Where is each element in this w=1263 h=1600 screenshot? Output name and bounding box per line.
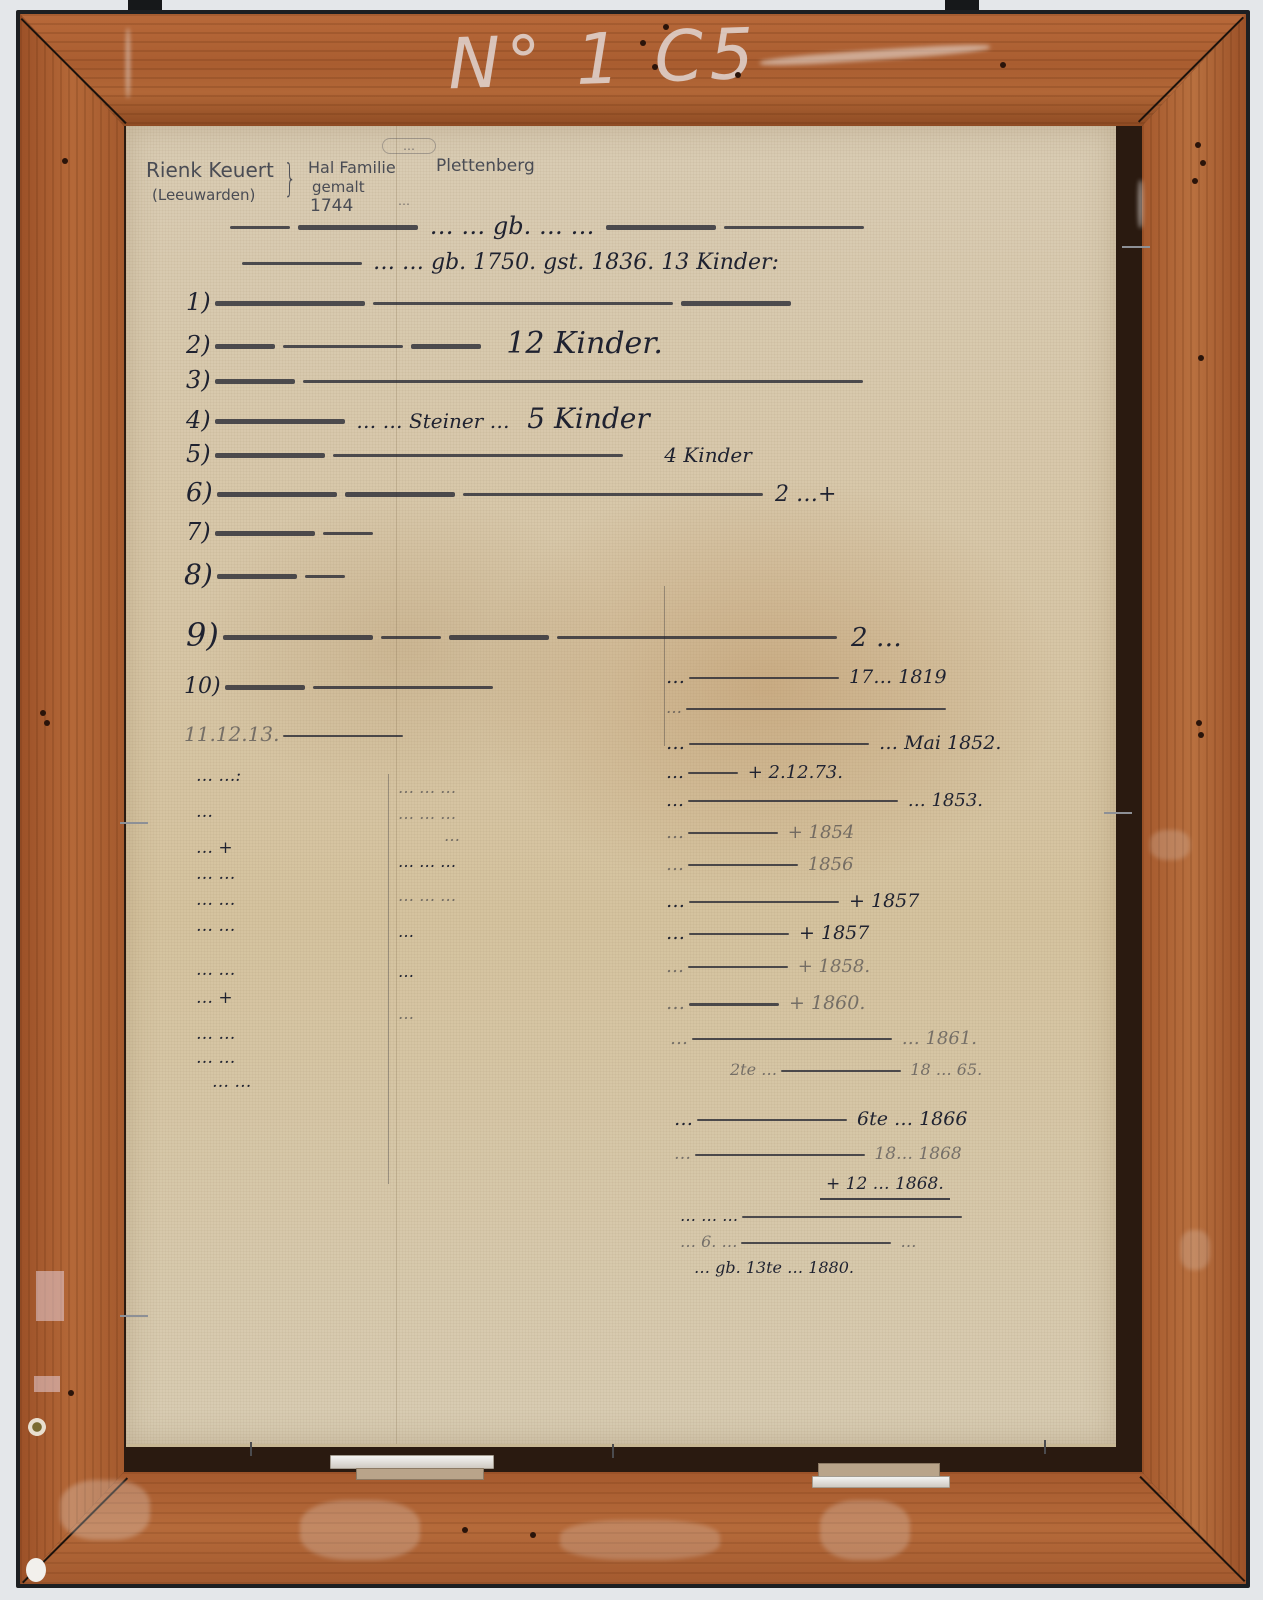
pencil-place: (Leeuwarden): [152, 186, 255, 204]
paint-smear: [1180, 1230, 1210, 1270]
chalk-smear: [1138, 180, 1143, 228]
list-item: … …: [196, 1024, 235, 1044]
canvas-tack: [612, 1444, 614, 1458]
child-entry-1: 1): [186, 288, 795, 316]
pencil-family-label: Hal Familie: [308, 158, 396, 177]
child-entry-3: 3): [186, 366, 867, 394]
date-entry: + 12 … 1868.: [826, 1174, 944, 1194]
list-item: …: [444, 826, 460, 845]
hanging-eyelet: [28, 1418, 46, 1436]
worm-hole: [1198, 355, 1204, 361]
date-entry: … … …: [680, 1206, 966, 1225]
list-item: …: [196, 802, 213, 822]
list-item: … …: [196, 960, 235, 980]
child-entry-11-13: 11.12.13.: [184, 722, 407, 746]
paint-smear: [820, 1500, 910, 1560]
chalk-smear: [126, 28, 130, 98]
worm-hole: [1192, 178, 1198, 184]
paint-smear: [1150, 830, 1190, 860]
canvas-tack: [120, 822, 148, 824]
list-item: … … …: [398, 778, 456, 797]
child-entry-5: 5) 4 Kinder: [186, 440, 752, 468]
frame-rail-left: [20, 14, 124, 1584]
date-entry: … 18… 1868: [674, 1144, 962, 1164]
worm-hole: [40, 710, 46, 716]
pencil-faint-annotation: …: [382, 138, 436, 154]
list-item: … … …: [398, 886, 456, 905]
worm-hole: [462, 1527, 468, 1533]
canvas-tack: [1044, 1440, 1046, 1454]
pencil-family-name: Plettenberg: [436, 156, 535, 176]
child-entry-7: 7): [186, 518, 377, 546]
date-entry: … + 1857: [666, 890, 919, 912]
canvas-tack: [250, 1442, 252, 1456]
underline-rule: [820, 1198, 950, 1200]
column-rule-left: [388, 774, 389, 1184]
photo-scene: N° 1 C5 Rienk Keuert (Leeuwarden) } Hal …: [0, 0, 1263, 1600]
canvas-fold-line: [396, 126, 397, 1444]
worm-hole: [68, 1390, 74, 1396]
chalk-inventory-mark: N° 1 C5: [447, 13, 761, 106]
date-entry: … 6te … 1866: [674, 1108, 967, 1130]
child-entry-9: 9) 2 …: [186, 616, 902, 654]
worm-hole: [1196, 720, 1202, 726]
child-entry-6: 6) 2 …+: [186, 478, 836, 508]
date-entry: … + 1854: [666, 822, 854, 843]
date-entry: 2te … 18 … 65.: [730, 1060, 982, 1079]
list-item: … +: [196, 838, 233, 858]
worm-hole: [652, 64, 658, 70]
date-entry: … … Mai 1852.: [666, 732, 1001, 754]
column-rule-right: [664, 586, 665, 746]
canvas-tack: [1122, 246, 1150, 248]
adhesive-tape-fragment: [36, 1271, 64, 1321]
child-entry-8: 8): [184, 558, 349, 591]
child-entry-4: 4) … … Steiner … 5 Kinder: [186, 402, 650, 435]
date-entry: … + 1857: [666, 922, 869, 944]
pencil-faint-line: …: [398, 194, 410, 208]
canvas-tack: [1104, 812, 1132, 814]
date-entry: … 1856: [666, 854, 854, 875]
list-item: …: [398, 922, 414, 941]
header-line-1: … … gb. … …: [226, 212, 868, 240]
list-item: … …: [196, 916, 235, 936]
date-entry: … + 2.12.73.: [666, 762, 843, 783]
frame-rail-right: [1142, 14, 1246, 1584]
worm-hole: [1000, 62, 1006, 68]
worm-hole: [663, 24, 669, 30]
worm-hole: [62, 158, 68, 164]
canvas-tack: [120, 1315, 148, 1317]
worm-hole: [1198, 732, 1204, 738]
paint-smear: [60, 1480, 150, 1540]
list-item: …: [398, 962, 414, 981]
worm-hole: [640, 40, 646, 46]
worm-hole: [44, 720, 50, 726]
date-entry: … 17… 1819: [666, 666, 947, 688]
child-entry-10: 10): [184, 674, 497, 699]
date-entry: …: [666, 698, 950, 717]
date-entry: … + 1858.: [666, 956, 870, 977]
worm-hole: [1200, 160, 1206, 166]
date-entry: … … 1861.: [670, 1028, 977, 1049]
date-entry: … gb. 13te … 1880.: [694, 1258, 854, 1277]
canvas-back: Rienk Keuert (Leeuwarden) } Hal Familie …: [126, 126, 1116, 1447]
list-item: … …:: [196, 766, 241, 786]
list-item: … … …: [398, 804, 456, 823]
date-entry: … 6. … …: [680, 1232, 917, 1251]
date-entry: … … 1853.: [666, 790, 983, 811]
adhesive-tape-fragment: [34, 1376, 60, 1392]
stretcher-key-wedge-left: [330, 1455, 494, 1469]
pencil-artist-name: Rienk Keuert: [146, 158, 274, 182]
pencil-brace: }: [284, 156, 296, 200]
child-entry-2: 2) 12 Kinder.: [186, 326, 663, 361]
list-item: … …: [196, 1048, 235, 1068]
list-item: … … …: [398, 852, 456, 871]
list-item: … +: [196, 988, 233, 1008]
date-entry: … + 1860.: [666, 992, 865, 1014]
worm-hole: [1195, 142, 1201, 148]
stretcher-key-wedge-right-front: [812, 1476, 950, 1488]
worm-hole: [530, 1532, 536, 1538]
paint-smear: [300, 1500, 420, 1560]
paint-smear: [560, 1520, 720, 1560]
pencil-painted-label: gemalt: [312, 178, 365, 196]
round-sticker: [26, 1558, 46, 1582]
worm-hole: [735, 72, 741, 78]
list-item: …: [398, 1004, 414, 1023]
stretcher-key-wedge-left-back: [356, 1468, 484, 1480]
list-item: … …: [196, 864, 235, 884]
list-item: … …: [196, 890, 235, 910]
list-item: … …: [212, 1072, 251, 1092]
header-line-2: … … gb. 1750. gst. 1836. 13 Kinder:: [238, 250, 779, 275]
